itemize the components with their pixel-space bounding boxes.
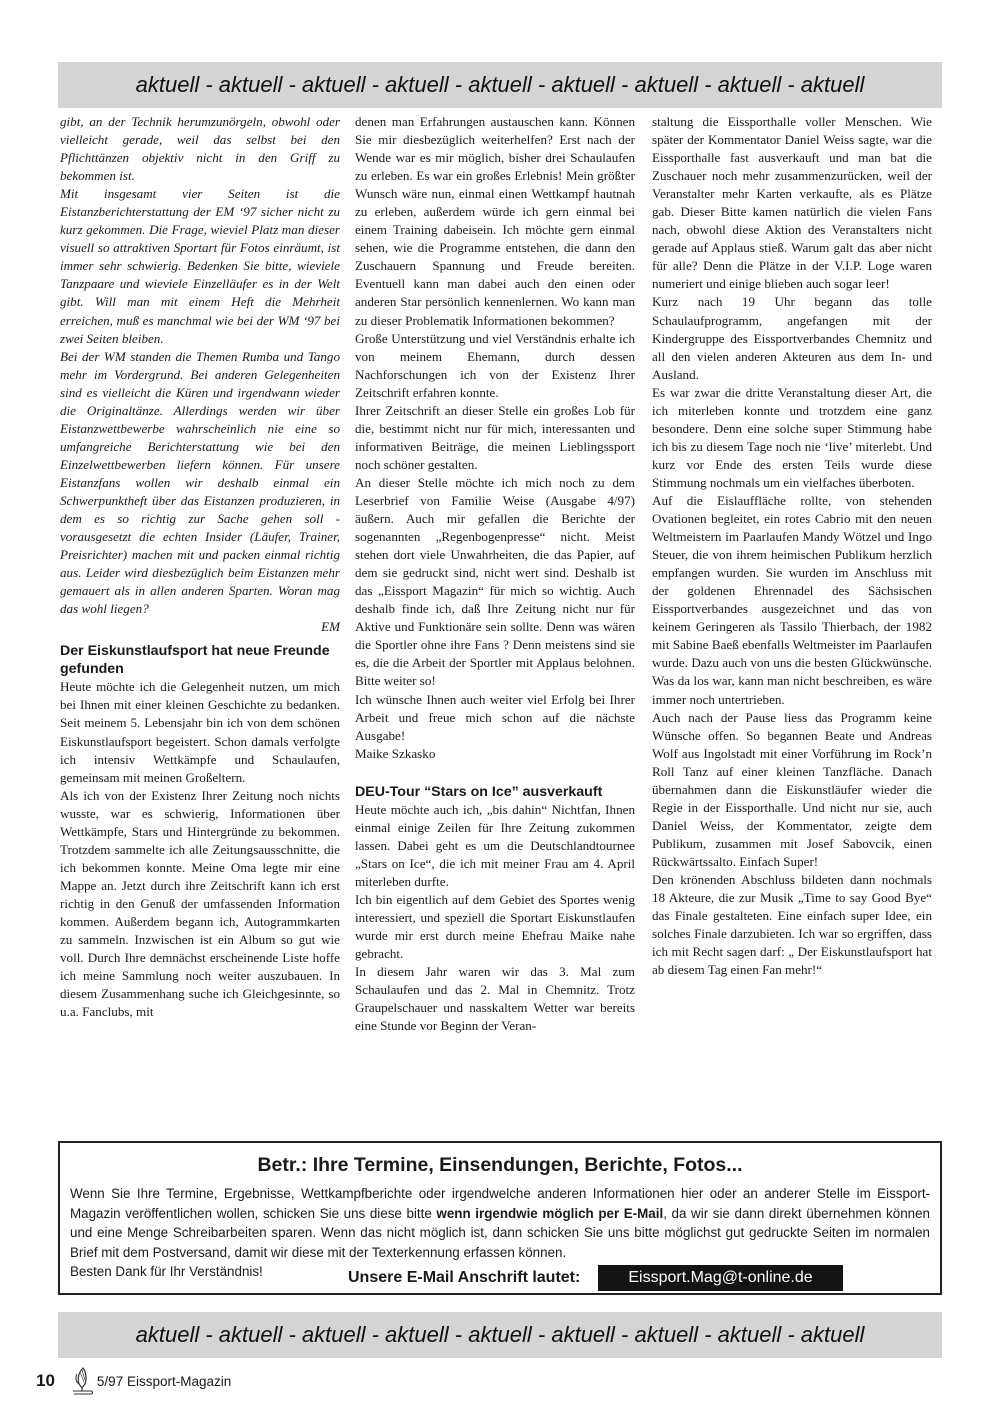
article-paragraph: Kurz nach 19 Uhr begann das tolle Schaul… bbox=[652, 293, 932, 383]
article-paragraph: An dieser Stelle möchte ich mich noch zu… bbox=[355, 474, 635, 691]
notice-title: Betr.: Ihre Termine, Einsendungen, Beric… bbox=[60, 1153, 940, 1177]
page-footer: 10 5/97 Eissport-Magazin bbox=[36, 1366, 231, 1396]
editorial-paragraph: Bei der WM standen die Themen Rumba und … bbox=[60, 348, 340, 619]
skater-logo-icon bbox=[69, 1366, 95, 1396]
article-headline: Der Eiskunstlaufsport hat neue Freunde g… bbox=[60, 642, 340, 678]
article-paragraph: Es war zwar die dritte Veranstaltung die… bbox=[652, 384, 932, 492]
page-number: 10 bbox=[36, 1371, 55, 1391]
notice-thanks: Besten Dank für Ihr Verständnis! bbox=[70, 1264, 263, 1279]
article-paragraph: Heute möchte auch ich, „bis dahin“ Nicht… bbox=[355, 801, 635, 891]
issue-label: 5/97 Eissport-Magazin bbox=[97, 1374, 231, 1389]
article-author: Maike Szkasko bbox=[355, 745, 635, 763]
footer-band: aktuell - aktuell - aktuell - aktuell - … bbox=[58, 1312, 942, 1358]
article-paragraph: Den krönenden Abschluss bildeten dann no… bbox=[652, 871, 932, 979]
article-paragraph: denen man Erfahrungen austauschen kann. … bbox=[355, 113, 635, 330]
column-2: denen man Erfahrungen austauschen kann. … bbox=[355, 113, 635, 1035]
article-paragraph: Ich bin eigentlich auf dem Gebiet des Sp… bbox=[355, 891, 635, 963]
article-paragraph: Auf die Eislauffläche rollte, von stehen… bbox=[652, 492, 932, 709]
editorial-paragraph: Mit insgesamt vier Seiten ist die Eistan… bbox=[60, 185, 340, 347]
article-paragraph: Ihrer Zeitschrift an dieser Stelle ein g… bbox=[355, 402, 635, 474]
article-headline: DEU-Tour “Stars on Ice” ausverkauft bbox=[355, 783, 635, 801]
column-3: staltung die Eissporthalle voller Mensch… bbox=[652, 113, 932, 979]
editorial-paragraph: gibt, an der Technik herumzunörgeln, obw… bbox=[60, 113, 340, 185]
notice-body-emphasis: wenn irgendwie möglich per E-Mail bbox=[436, 1206, 663, 1221]
article-paragraph: Auch nach der Pause liess das Programm k… bbox=[652, 709, 932, 871]
article-paragraph: Heute möchte ich die Gelegenheit nutzen,… bbox=[60, 678, 340, 786]
email-address[interactable]: Eissport.Mag@t-online.de bbox=[598, 1265, 842, 1291]
article-paragraph: staltung die Eissporthalle voller Mensch… bbox=[652, 113, 932, 293]
article-paragraph: Große Unterstützung und viel Verständnis… bbox=[355, 330, 635, 402]
article-paragraph: Als ich von der Existenz Ihrer Zeitung n… bbox=[60, 787, 340, 1022]
email-label: Unsere E-Mail Anschrift lautet: bbox=[348, 1269, 580, 1287]
header-band: aktuell - aktuell - aktuell - aktuell - … bbox=[58, 62, 942, 108]
article-paragraph: Ich wünsche Ihnen auch weiter viel Erfol… bbox=[355, 691, 635, 745]
notice-box: Betr.: Ihre Termine, Einsendungen, Beric… bbox=[58, 1141, 942, 1295]
article-paragraph: In diesem Jahr waren wir das 3. Mal zum … bbox=[355, 963, 635, 1035]
editorial-signature: EM bbox=[60, 618, 340, 636]
email-row: Unsere E-Mail Anschrift lautet: Eissport… bbox=[348, 1265, 843, 1291]
column-1: gibt, an der Technik herumzunörgeln, obw… bbox=[60, 113, 340, 1021]
